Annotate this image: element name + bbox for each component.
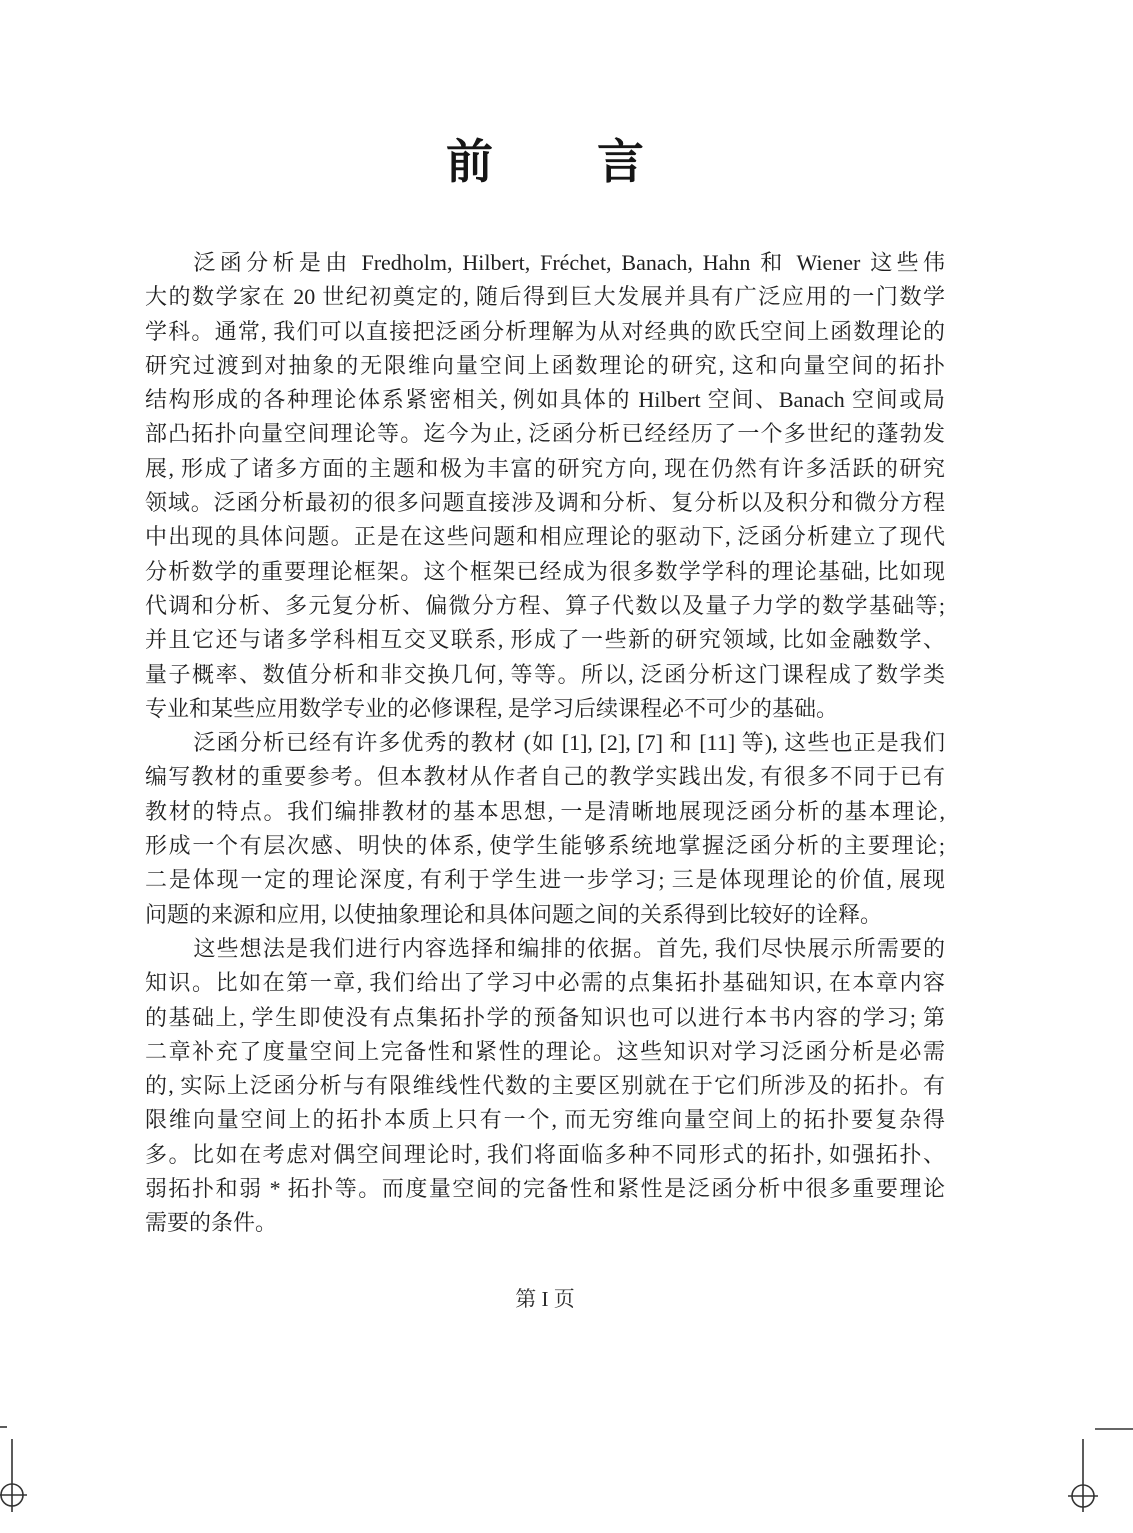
text-line: 中出现的具体问题。正是在这些问题和相应理论的驱动下, 泛函分析建立了现代 [145, 520, 945, 554]
text-line: 需要的条件。 [145, 1206, 945, 1240]
text-line: 研究过渡到对抽象的无限维向量空间上函数理论的研究, 这和向量空间的拓扑 [145, 349, 945, 383]
text-line: 二章补充了度量空间上完备性和紧性的理论。这些知识对学习泛函分析是必需 [145, 1035, 945, 1069]
text-line: 形成一个有层次感、明快的体系, 使学生能够系统地掌握泛函分析的主要理论; [145, 829, 945, 863]
text-line: 代调和分析、多元复分析、偏微分方程、算子代数以及量子力学的数学基础等; [145, 589, 945, 623]
title-char-left: 前 [446, 136, 493, 188]
document-page: 前 言 泛函分析是由 Fredholm, Hilbert, Fréchet, B… [0, 0, 1133, 1533]
text-line: 的, 实际上泛函分析与有限维线性代数的主要区别就在于它们所涉及的拓扑。有 [145, 1069, 945, 1103]
text-line: 学科。通常, 我们可以直接把泛函分析理解为从对经典的欧氏空间上函数理论的 [145, 315, 945, 349]
text-line: 分析数学的重要理论框架。这个框架已经成为很多数学学科的理论基础, 比如现 [145, 555, 945, 589]
text-line: 量子概率、数值分析和非交换几何, 等等。所以, 泛函分析这门课程成了数学类 [145, 658, 945, 692]
paragraph: 这些想法是我们进行内容选择和编排的依据。首先, 我们尽快展示所需要的知识。比如在… [145, 932, 945, 1241]
text-line: 大的数学家在 20 世纪初奠定的, 随后得到巨大发展并具有广泛应用的一门数学 [145, 280, 945, 314]
text-line: 专业和某些应用数学专业的必修课程, 是学习后续课程必不可少的基础。 [145, 692, 945, 726]
text-line: 多。比如在考虑对偶空间理论时, 我们将面临多种不同形式的拓扑, 如强拓扑、 [145, 1138, 945, 1172]
text-line: 泛函分析已经有许多优秀的教材 (如 [1], [2], [7] 和 [11] 等… [145, 726, 945, 760]
preface-body: 泛函分析是由 Fredholm, Hilbert, Fréchet, Banac… [145, 246, 945, 1241]
title-char-right: 言 [597, 136, 644, 188]
regmark-right-circle [1072, 1485, 1094, 1507]
paragraph: 泛函分析是由 Fredholm, Hilbert, Fréchet, Banac… [145, 246, 945, 726]
text-line: 二是体现一定的理论深度, 有利于学生进一步学习; 三是体现理论的价值, 展现 [145, 863, 945, 897]
text-line: 教材的特点。我们编排教材的基本思想, 一是清晰地展现泛函分析的基本理论, [145, 795, 945, 829]
text-line: 问题的来源和应用, 以使抽象理论和具体问题之间的关系得到比较好的诠释。 [145, 898, 945, 932]
text-line: 的基础上, 学生即使没有点集拓扑学的预备知识也可以进行本书内容的学习; 第 [145, 1001, 945, 1035]
text-line: 领域。泛函分析最初的很多问题直接涉及调和分析、复分析以及积分和微分方程 [145, 486, 945, 520]
text-line: 限维向量空间上的拓扑本质上只有一个, 而无穷维向量空间上的拓扑要复杂得 [145, 1103, 945, 1137]
text-line: 弱拓扑和弱 * 拓扑等。而度量空间的完备性和紧性是泛函分析中很多重要理论 [145, 1172, 945, 1206]
text-line: 并且它还与诸多学科相互交叉联系, 形成了一些新的研究领域, 比如金融数学、 [145, 623, 945, 657]
text-line: 结构形成的各种理论体系紧密相关, 例如具体的 Hilbert 空间、Banach… [145, 383, 945, 417]
text-line: 编写教材的重要参考。但本教材从作者自己的教学实践出发, 有很多不同于已有 [145, 760, 945, 794]
page-title: 前 言 [145, 136, 945, 188]
page-number: 第 I 页 [145, 1286, 945, 1312]
paragraph: 泛函分析已经有许多优秀的教材 (如 [1], [2], [7] 和 [11] 等… [145, 726, 945, 932]
text-line: 知识。比如在第一章, 我们给出了学习中必需的点集拓扑基础知识, 在本章内容 [145, 966, 945, 1000]
regmark-left-circle [1, 1484, 23, 1506]
text-line: 部凸拓扑向量空间理论等。迄今为止, 泛函分析已经经历了一个多世纪的蓬勃发 [145, 417, 945, 451]
text-line: 展, 形成了诸多方面的主题和极为丰富的研究方向, 现在仍然有许多活跃的研究 [145, 452, 945, 486]
text-line: 这些想法是我们进行内容选择和编排的依据。首先, 我们尽快展示所需要的 [145, 932, 945, 966]
text-line: 泛函分析是由 Fredholm, Hilbert, Fréchet, Banac… [145, 246, 945, 280]
